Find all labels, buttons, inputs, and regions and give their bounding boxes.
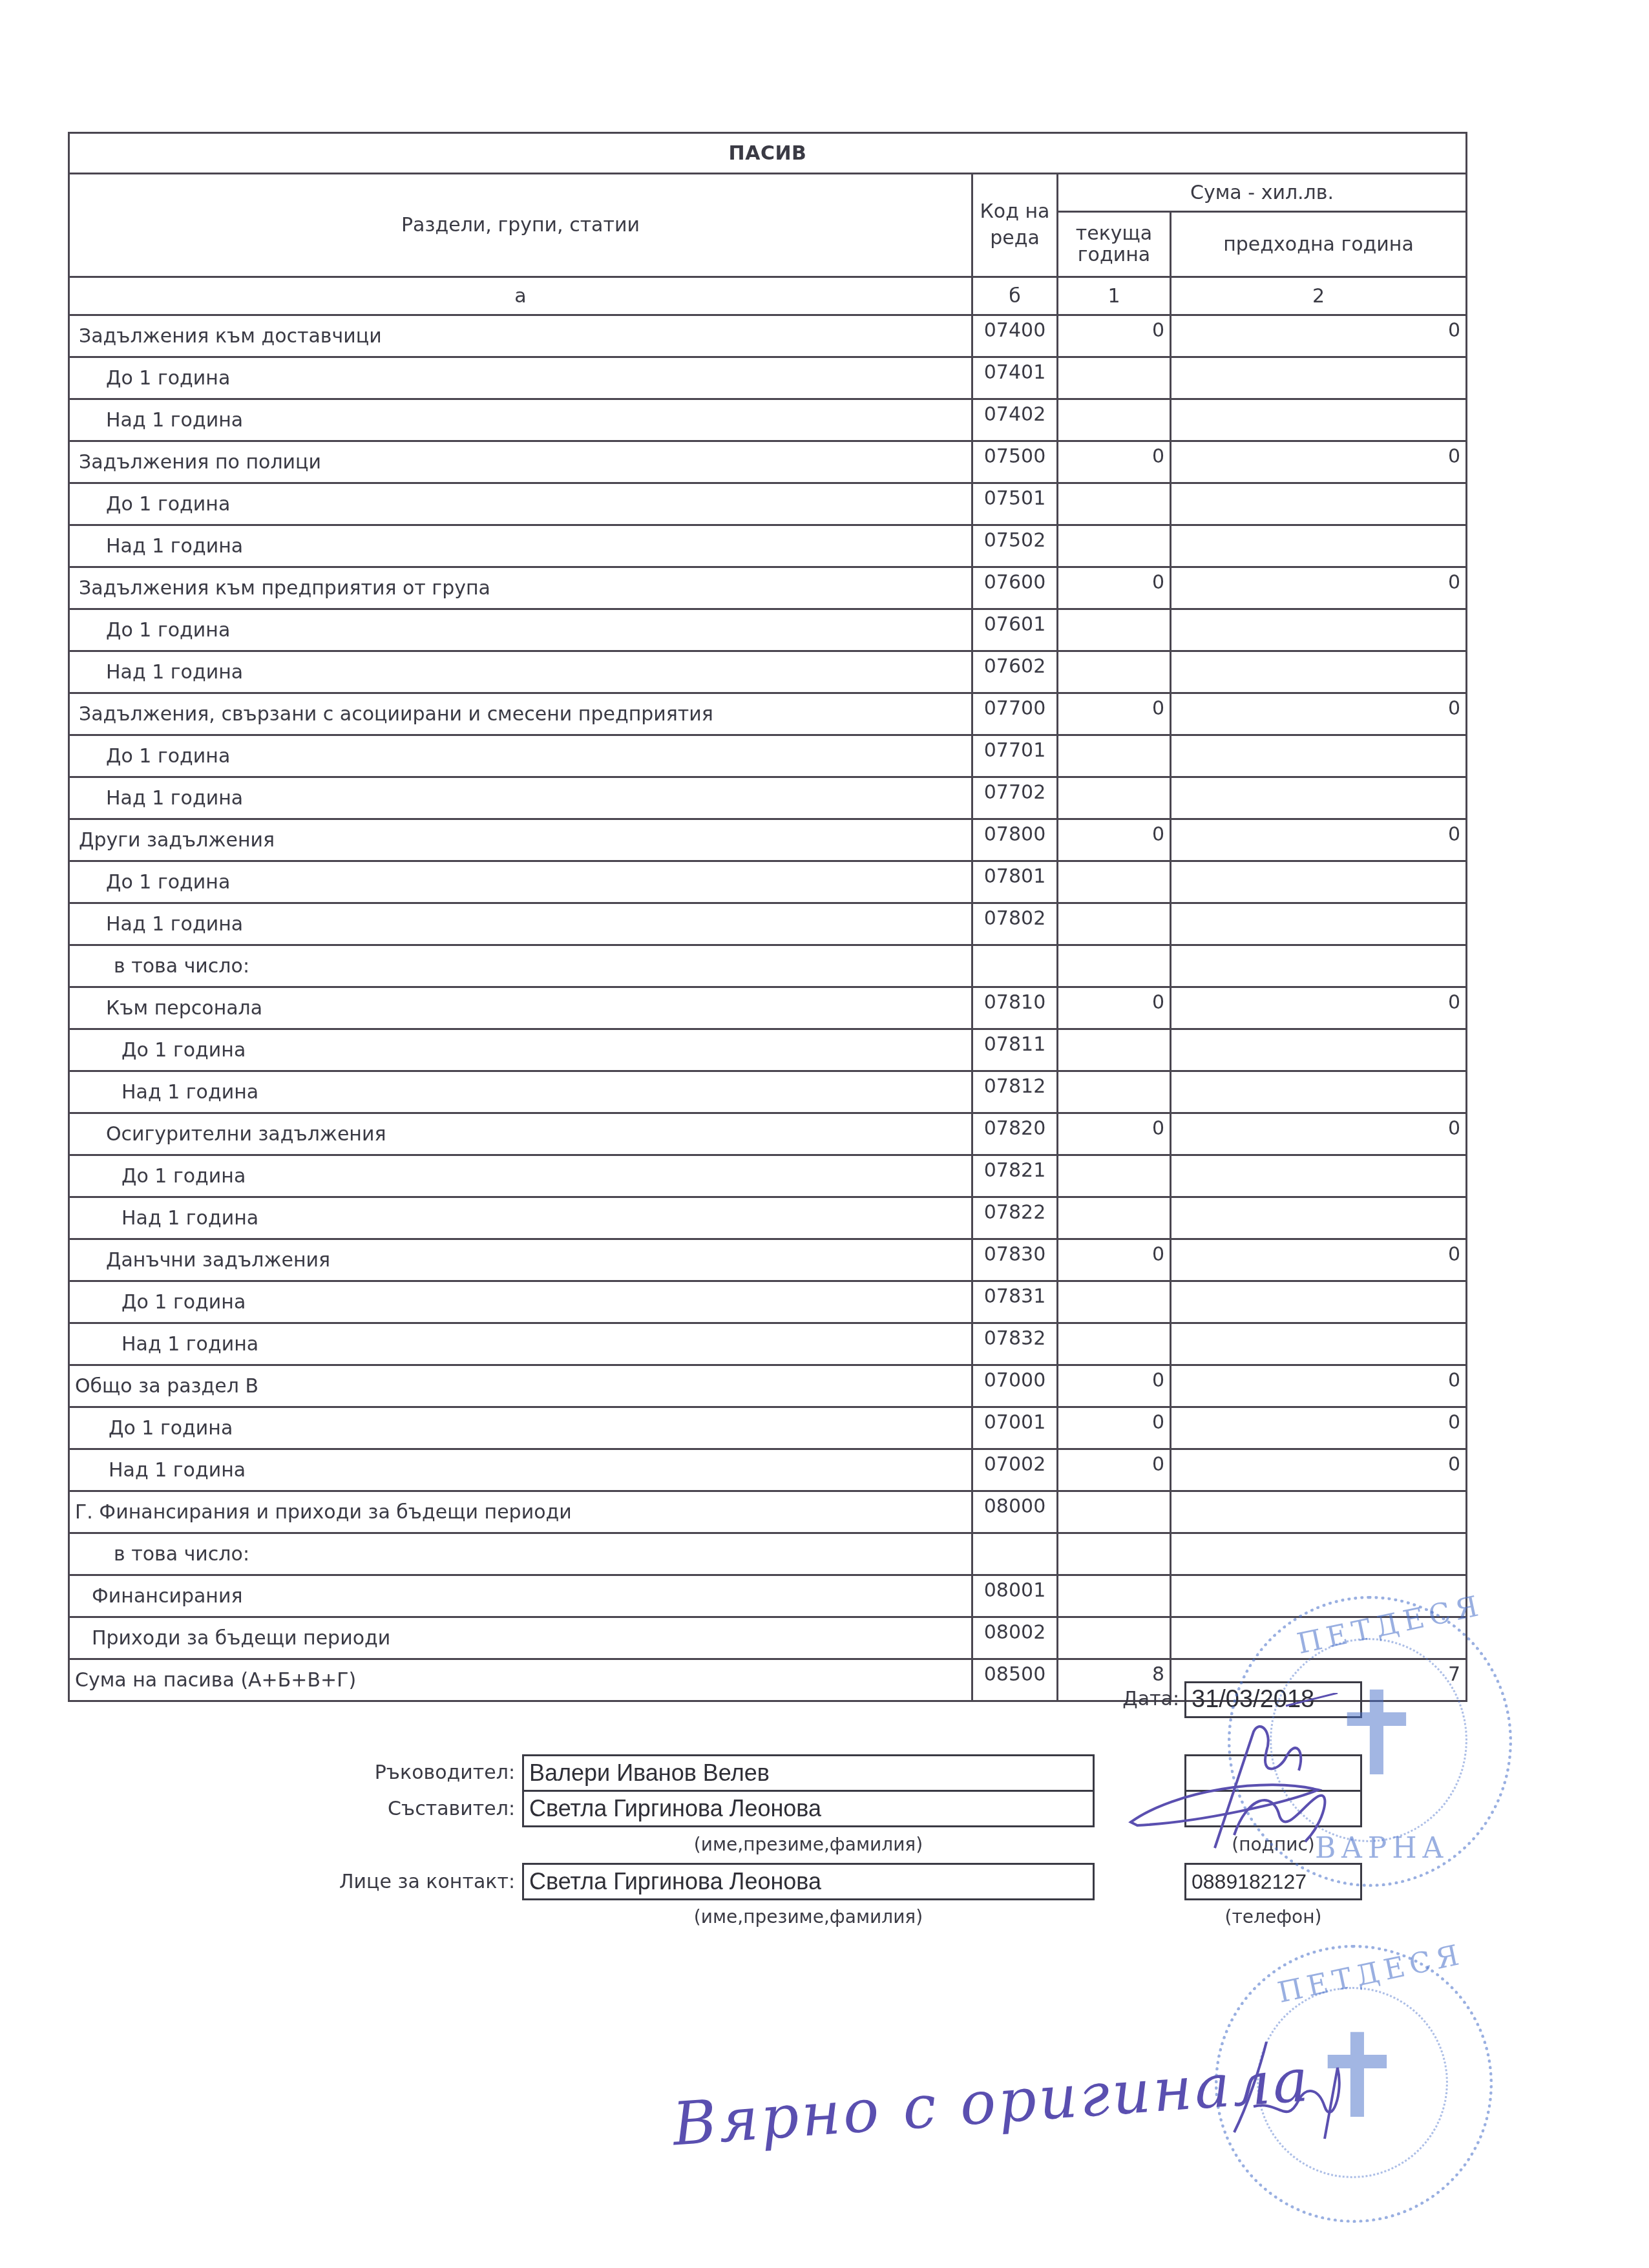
row-label: Над 1 година: [69, 1449, 972, 1491]
current-year-value[interactable]: [1058, 1323, 1171, 1365]
previous-year-value[interactable]: [1171, 1155, 1467, 1197]
index-2: 2: [1171, 277, 1467, 315]
table-row: До 1 година07801: [69, 861, 1467, 903]
previous-year-value[interactable]: [1171, 735, 1467, 777]
header-row-code: Код на реда: [972, 174, 1058, 277]
handwritten-certification-note: Вярно с оригинала: [670, 2046, 1313, 2159]
row-label: Общо за раздел В: [69, 1365, 972, 1407]
row-code: 07830: [972, 1239, 1058, 1281]
row-code: 07501: [972, 483, 1058, 525]
current-year-value[interactable]: [1058, 1281, 1171, 1323]
previous-year-value[interactable]: [1171, 1029, 1467, 1071]
header-sections: Раздели, групи, статии: [69, 174, 972, 277]
current-year-value[interactable]: [1058, 1533, 1171, 1575]
previous-year-value[interactable]: [1171, 1491, 1467, 1533]
row-label: Сума на пасива (А+Б+В+Г): [69, 1659, 972, 1701]
table-row: До 1 година07601: [69, 609, 1467, 651]
row-code: 07502: [972, 525, 1058, 567]
row-label: Към персонала: [69, 987, 972, 1029]
table-title: ПАСИВ: [69, 133, 1467, 174]
table-row: До 1 година07401: [69, 357, 1467, 399]
previous-year-value[interactable]: [1171, 861, 1467, 903]
row-label: До 1 година: [69, 1155, 972, 1197]
row-code: 07702: [972, 777, 1058, 819]
manager-name-field[interactable]: Валери Иванов Велев: [522, 1754, 1095, 1792]
table-row: Над 1 година07812: [69, 1071, 1467, 1113]
table-body: Задължения към доставчици0740000До 1 год…: [69, 315, 1467, 1701]
row-label: До 1 година: [69, 1407, 972, 1449]
compiler-name-field[interactable]: Светла Гиргинова Леонова: [522, 1790, 1095, 1827]
current-year-value[interactable]: [1058, 903, 1171, 945]
table-row: Задължения към доставчици0740000: [69, 315, 1467, 357]
previous-year-value[interactable]: [1171, 525, 1467, 567]
current-year-value[interactable]: [1058, 1029, 1171, 1071]
row-label: Други задължения: [69, 819, 972, 861]
row-code: 07700: [972, 693, 1058, 735]
row-label: Задължения към предприятия от група: [69, 567, 972, 609]
row-code: 07500: [972, 441, 1058, 483]
row-code: 07820: [972, 1113, 1058, 1155]
row-label: Задължения към доставчици: [69, 315, 972, 357]
current-year-value[interactable]: [1058, 861, 1171, 903]
table-row: Над 1 година07602: [69, 651, 1467, 693]
row-code: 07831: [972, 1281, 1058, 1323]
row-code: 07701: [972, 735, 1058, 777]
current-year-value[interactable]: [1058, 525, 1171, 567]
current-year-value[interactable]: [1058, 1575, 1171, 1617]
row-code: 07810: [972, 987, 1058, 1029]
row-label: Задължения, свързани с асоциирани и смес…: [69, 693, 972, 735]
row-code: 07002: [972, 1449, 1058, 1491]
current-year-value[interactable]: 0: [1058, 1113, 1171, 1155]
handwritten-signature-icon: [1124, 1693, 1396, 1874]
row-code: 07600: [972, 567, 1058, 609]
row-code: 07402: [972, 399, 1058, 441]
row-code: 08000: [972, 1491, 1058, 1533]
row-label: Осигурителни задължения: [69, 1113, 972, 1155]
previous-year-value[interactable]: 0: [1171, 819, 1467, 861]
current-year-value[interactable]: [1058, 777, 1171, 819]
table-row: Данъчни задължения0783000: [69, 1239, 1467, 1281]
current-year-value[interactable]: [1058, 399, 1171, 441]
row-code: [972, 1533, 1058, 1575]
row-label: в това число:: [69, 1533, 972, 1575]
current-year-value[interactable]: 0: [1058, 1239, 1171, 1281]
current-year-value[interactable]: [1058, 609, 1171, 651]
manager-label: Ръководител:: [323, 1761, 515, 1784]
row-code: 08500: [972, 1659, 1058, 1701]
row-code: [972, 945, 1058, 987]
table-row: Към персонала0781000: [69, 987, 1467, 1029]
previous-year-value[interactable]: [1171, 1533, 1467, 1575]
previous-year-value[interactable]: [1171, 483, 1467, 525]
previous-year-value[interactable]: 0: [1171, 1113, 1467, 1155]
row-label: Г. Финансирания и приходи за бъдещи пери…: [69, 1491, 972, 1533]
previous-year-value[interactable]: 0: [1171, 441, 1467, 483]
table-row: До 1 година07821: [69, 1155, 1467, 1197]
header-previous-year: предходна година: [1171, 212, 1467, 277]
table-row: До 1 година07811: [69, 1029, 1467, 1071]
current-year-value[interactable]: [1058, 651, 1171, 693]
previous-year-value[interactable]: [1171, 777, 1467, 819]
previous-year-value[interactable]: 0: [1171, 1449, 1467, 1491]
current-year-value[interactable]: [1058, 1491, 1171, 1533]
row-label: До 1 година: [69, 1281, 972, 1323]
row-code: 07602: [972, 651, 1058, 693]
row-label: Над 1 година: [69, 1323, 972, 1365]
table-row: До 1 година07701: [69, 735, 1467, 777]
row-label: До 1 година: [69, 357, 972, 399]
table-row: Над 1 година07802: [69, 903, 1467, 945]
row-label: До 1 година: [69, 1029, 972, 1071]
row-code: 07822: [972, 1197, 1058, 1239]
row-code: 07802: [972, 903, 1058, 945]
table-row: Финансирания08001: [69, 1575, 1467, 1617]
row-label: Над 1 година: [69, 399, 972, 441]
current-year-value[interactable]: [1058, 1617, 1171, 1659]
liabilities-table: ПАСИВ Раздели, групи, статии Код на реда…: [68, 132, 1467, 1702]
previous-year-value[interactable]: [1171, 399, 1467, 441]
current-year-value[interactable]: 0: [1058, 315, 1171, 357]
table-row: Над 1 година07702: [69, 777, 1467, 819]
row-code: 07401: [972, 357, 1058, 399]
previous-year-value[interactable]: 0: [1171, 693, 1467, 735]
row-label: До 1 година: [69, 861, 972, 903]
current-year-value[interactable]: [1058, 483, 1171, 525]
index-a: а: [69, 277, 972, 315]
contact-name-field[interactable]: Светла Гиргинова Леонова: [522, 1863, 1095, 1900]
current-year-value[interactable]: [1058, 1071, 1171, 1113]
row-label: До 1 година: [69, 735, 972, 777]
row-label: Задължения по полици: [69, 441, 972, 483]
previous-year-value[interactable]: [1171, 609, 1467, 651]
contact-name-caption: (име,презиме,фамилия): [522, 1906, 1095, 1927]
row-code: 07001: [972, 1407, 1058, 1449]
row-label: Над 1 година: [69, 651, 972, 693]
row-label: в това число:: [69, 945, 972, 987]
index-1: 1: [1058, 277, 1171, 315]
row-code: 07832: [972, 1323, 1058, 1365]
previous-year-value[interactable]: 0: [1171, 1239, 1467, 1281]
table-row: До 1 година0700100: [69, 1407, 1467, 1449]
row-label: Над 1 година: [69, 525, 972, 567]
previous-year-value[interactable]: 0: [1171, 315, 1467, 357]
name-caption: (име,презиме,фамилия): [522, 1834, 1095, 1855]
table-row: До 1 година07501: [69, 483, 1467, 525]
previous-year-value[interactable]: [1171, 651, 1467, 693]
previous-year-value[interactable]: [1171, 945, 1467, 987]
row-code: 07811: [972, 1029, 1058, 1071]
row-code: 07801: [972, 861, 1058, 903]
current-year-value[interactable]: 0: [1058, 441, 1171, 483]
previous-year-value[interactable]: [1171, 1197, 1467, 1239]
current-year-value[interactable]: 0: [1058, 987, 1171, 1029]
row-code: 07800: [972, 819, 1058, 861]
current-year-value[interactable]: 0: [1058, 567, 1171, 609]
previous-year-value[interactable]: [1171, 1071, 1467, 1113]
row-code: 07821: [972, 1155, 1058, 1197]
previous-year-value[interactable]: 0: [1171, 1365, 1467, 1407]
table-row: Над 1 година07822: [69, 1197, 1467, 1239]
previous-year-value[interactable]: [1171, 357, 1467, 399]
table-row: Над 1 година07402: [69, 399, 1467, 441]
row-label: Над 1 година: [69, 777, 972, 819]
previous-year-value[interactable]: [1171, 903, 1467, 945]
current-year-value[interactable]: 0: [1058, 693, 1171, 735]
current-year-value[interactable]: 0: [1058, 1449, 1171, 1491]
row-code: 08002: [972, 1617, 1058, 1659]
table-row: Задължения към предприятия от група07600…: [69, 567, 1467, 609]
table-row: Осигурителни задължения0782000: [69, 1113, 1467, 1155]
table-row: Г. Финансирания и приходи за бъдещи пери…: [69, 1491, 1467, 1533]
current-year-value[interactable]: [1058, 1197, 1171, 1239]
row-code: 07000: [972, 1365, 1058, 1407]
phone-caption: (телефон): [1184, 1906, 1362, 1927]
current-year-value[interactable]: [1058, 357, 1171, 399]
current-year-value[interactable]: 0: [1058, 1407, 1171, 1449]
previous-year-value[interactable]: 0: [1171, 567, 1467, 609]
row-label: Финансирания: [69, 1575, 972, 1617]
table-row: в това число:: [69, 1533, 1467, 1575]
row-label: Над 1 година: [69, 1071, 972, 1113]
header-current-year: текуща година: [1058, 212, 1171, 277]
row-label: Над 1 година: [69, 903, 972, 945]
index-b: б: [972, 277, 1058, 315]
row-label: Данъчни задължения: [69, 1239, 972, 1281]
row-label: Над 1 година: [69, 1197, 972, 1239]
previous-year-value[interactable]: 0: [1171, 987, 1467, 1029]
table-row: Над 1 година0700200: [69, 1449, 1467, 1491]
row-label: До 1 година: [69, 609, 972, 651]
current-year-value[interactable]: [1058, 735, 1171, 777]
contact-label: Лице за контакт:: [284, 1871, 515, 1893]
previous-year-value[interactable]: [1171, 1281, 1467, 1323]
header-amount-group: Сума - хил.лв.: [1058, 174, 1467, 212]
previous-year-value[interactable]: [1171, 1323, 1467, 1365]
compiler-label: Съставител:: [323, 1798, 515, 1820]
row-code: 07400: [972, 315, 1058, 357]
current-year-value[interactable]: [1058, 1155, 1171, 1197]
row-code: 08001: [972, 1575, 1058, 1617]
row-label: Приходи за бъдещи периоди: [69, 1617, 972, 1659]
table-row: До 1 година07831: [69, 1281, 1467, 1323]
current-year-value[interactable]: [1058, 945, 1171, 987]
current-year-value[interactable]: 0: [1058, 1365, 1171, 1407]
current-year-value[interactable]: 0: [1058, 819, 1171, 861]
row-code: 07812: [972, 1071, 1058, 1113]
table-row: Над 1 година07832: [69, 1323, 1467, 1365]
table-row: Задължения, свързани с асоциирани и смес…: [69, 693, 1467, 735]
row-code: 07601: [972, 609, 1058, 651]
table-row: Задължения по полици0750000: [69, 441, 1467, 483]
table-row: Общо за раздел В0700000: [69, 1365, 1467, 1407]
table-row: в това число:: [69, 945, 1467, 987]
previous-year-value[interactable]: 0: [1171, 1407, 1467, 1449]
handwritten-initials-icon: [1228, 2029, 1357, 2145]
table-row: Други задължения0780000: [69, 819, 1467, 861]
row-label: До 1 година: [69, 483, 972, 525]
table-row: Над 1 година07502: [69, 525, 1467, 567]
